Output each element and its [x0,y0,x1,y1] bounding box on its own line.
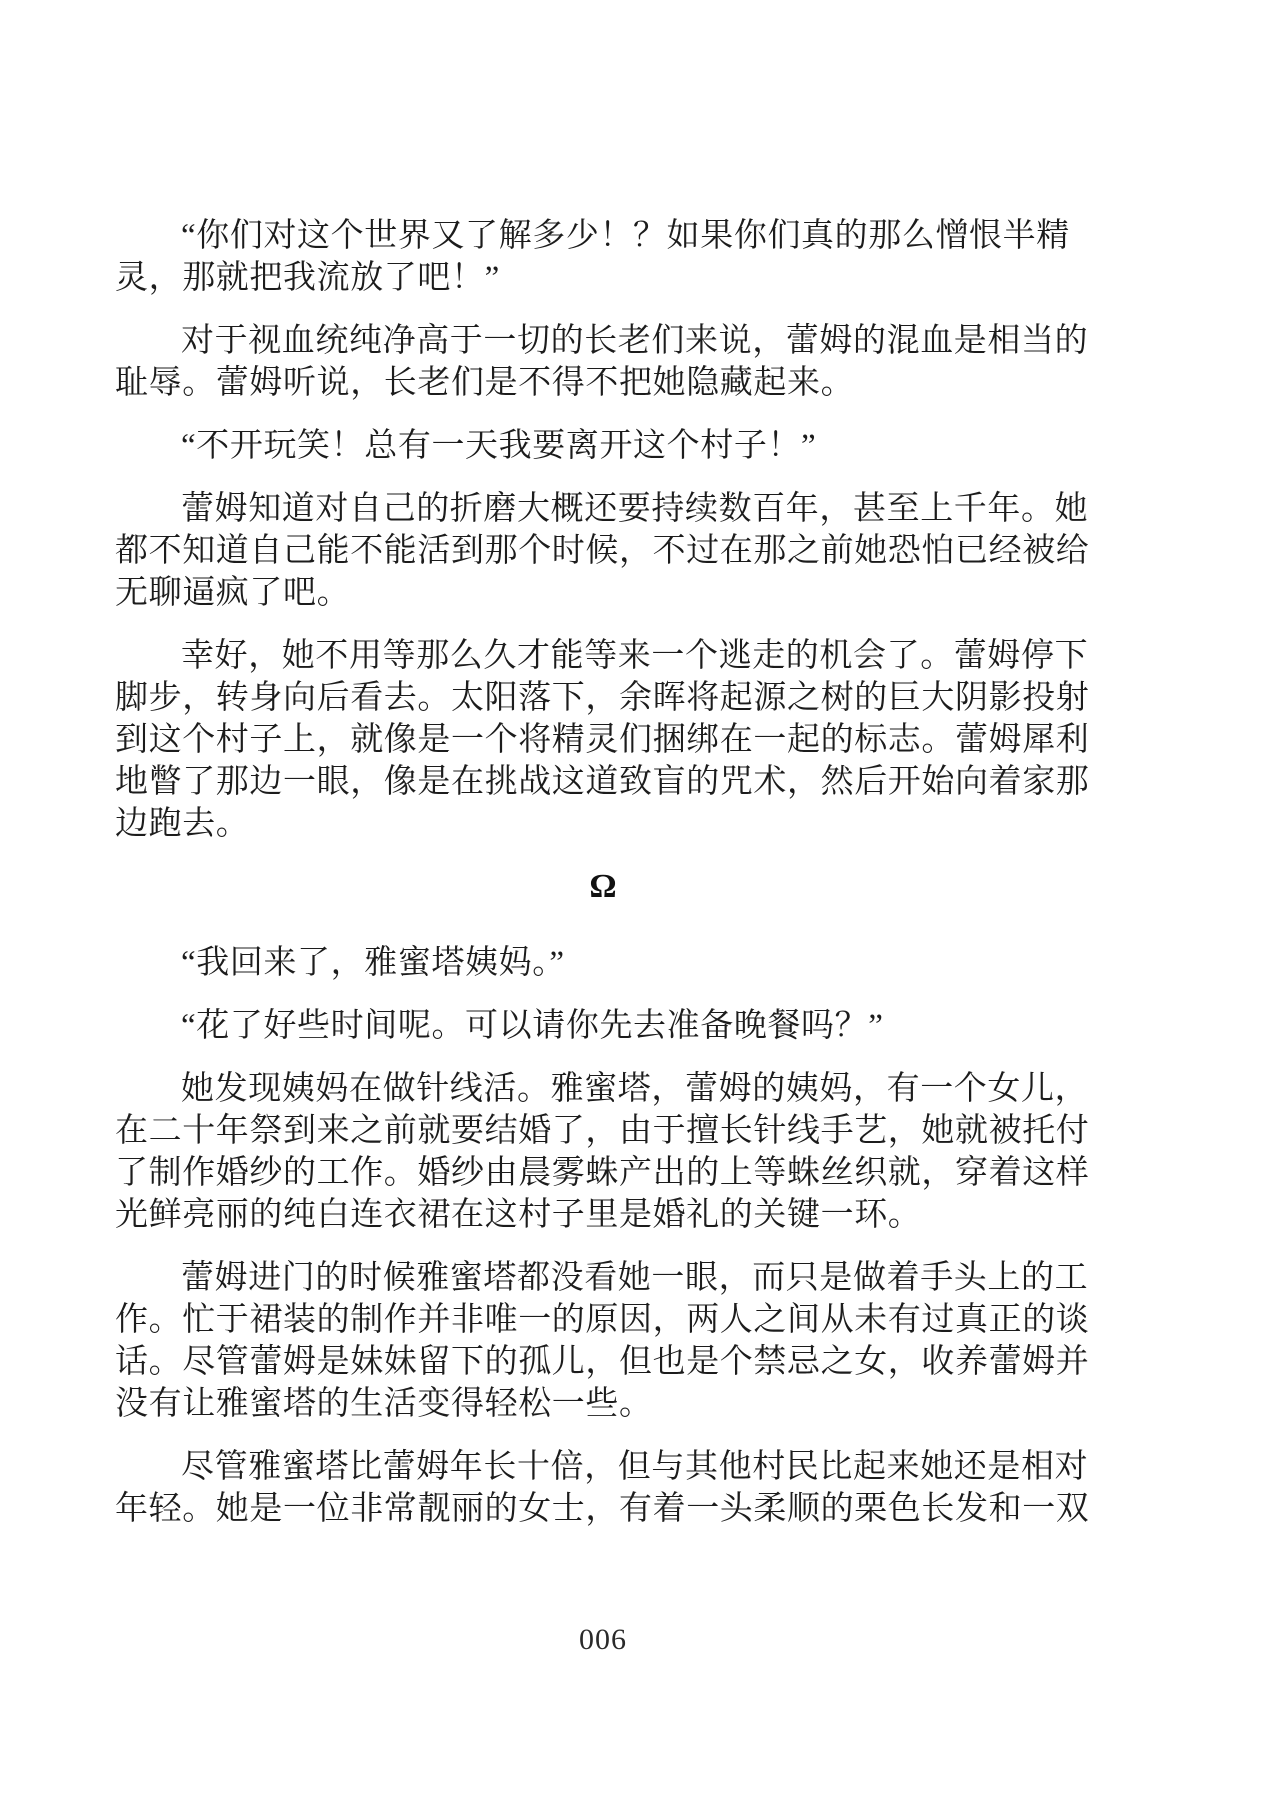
text-line: 都不知道自己能不能活到那个时候，不过在那之前她恐怕已经被给 [115,530,1091,572]
page-number: 006 [579,1623,627,1656]
text-line: 蕾姆知道对自己的折磨大概还要持续数百年，甚至上千年。她 [115,488,1091,530]
paragraph: “花了好些时间呢。可以请你先去准备晚餐吗？” [115,1005,1091,1047]
text-line: 光鲜亮丽的纯白连衣裙在这村子里是婚礼的关键一环。 [115,1194,1091,1236]
paragraph: “我回来了，雅蜜塔姨妈。” [115,942,1091,984]
text-line: 她发现姨妈在做针线活。雅蜜塔，蕾姆的姨妈，有一个女儿， [115,1068,1091,1110]
section-divider: Ω [115,866,1091,908]
paragraph: “不开玩笑！总有一天我要离开这个村子！” [115,425,1091,467]
paragraph: 幸好，她不用等那么久才能等来一个逃走的机会了。蕾姆停下脚步，转身向后看去。太阳落… [115,635,1091,845]
paragraph: 尽管雅蜜塔比蕾姆年长十倍，但与其他村民比起来她还是相对年轻。她是一位非常靓丽的女… [115,1446,1091,1530]
book-page: “你们对这个世界又了解多少！？如果你们真的那么憎恨半精灵，那就把我流放了吧！”对… [0,0,1280,1816]
text-line: 边跑去。 [115,803,1091,845]
text-line: 作。忙于裙装的制作并非唯一的原因，两人之间从未有过真正的谈 [115,1299,1091,1341]
text-line: 话。尽管蕾姆是妹妹留下的孤儿，但也是个禁忌之女，收养蕾姆并 [115,1341,1091,1383]
omega-symbol: Ω [589,868,616,905]
text-line: 蕾姆进门的时候雅蜜塔都没看她一眼，而只是做着手头上的工 [115,1257,1091,1299]
text-line: “我回来了，雅蜜塔姨妈。” [115,942,1091,984]
text-line: “不开玩笑！总有一天我要离开这个村子！” [115,425,1091,467]
text-line: 耻辱。蕾姆听说，长老们是不得不把她隐藏起来。 [115,362,1091,404]
text-line: 在二十年祭到来之前就要结婚了，由于擅长针线手艺，她就被托付 [115,1110,1091,1152]
paragraph: 蕾姆知道对自己的折磨大概还要持续数百年，甚至上千年。她都不知道自己能不能活到那个… [115,488,1091,614]
page-content: “你们对这个世界又了解多少！？如果你们真的那么憎恨半精灵，那就把我流放了吧！”对… [115,215,1091,1530]
text-line: 地瞥了那边一眼，像是在挑战这道致盲的咒术，然后开始向着家那 [115,761,1091,803]
text-line: 无聊逼疯了吧。 [115,572,1091,614]
page-footer: 006 [115,1620,1091,1660]
text-line: 没有让雅蜜塔的生活变得轻松一些。 [115,1383,1091,1425]
text-line: 年轻。她是一位非常靓丽的女士，有着一头柔顺的栗色长发和一双 [115,1488,1091,1530]
paragraph: 她发现姨妈在做针线活。雅蜜塔，蕾姆的姨妈，有一个女儿，在二十年祭到来之前就要结婚… [115,1068,1091,1236]
text-line: 幸好，她不用等那么久才能等来一个逃走的机会了。蕾姆停下 [115,635,1091,677]
text-line: 到这个村子上，就像是一个将精灵们捆绑在一起的标志。蕾姆犀利 [115,719,1091,761]
text-line: 灵，那就把我流放了吧！” [115,257,1091,299]
paragraph: 蕾姆进门的时候雅蜜塔都没看她一眼，而只是做着手头上的工作。忙于裙装的制作并非唯一… [115,1257,1091,1425]
text-line: “你们对这个世界又了解多少！？如果你们真的那么憎恨半精 [115,215,1091,257]
text-line: 尽管雅蜜塔比蕾姆年长十倍，但与其他村民比起来她还是相对 [115,1446,1091,1488]
text-line: 脚步，转身向后看去。太阳落下，余晖将起源之树的巨大阴影投射 [115,677,1091,719]
text-line: 对于视血统纯净高于一切的长老们来说，蕾姆的混血是相当的 [115,320,1091,362]
text-line: “花了好些时间呢。可以请你先去准备晚餐吗？” [115,1005,1091,1047]
paragraph: “你们对这个世界又了解多少！？如果你们真的那么憎恨半精灵，那就把我流放了吧！” [115,215,1091,299]
text-line: 了制作婚纱的工作。婚纱由晨雾蛛产出的上等蛛丝织就，穿着这样 [115,1152,1091,1194]
paragraph: 对于视血统纯净高于一切的长老们来说，蕾姆的混血是相当的耻辱。蕾姆听说，长老们是不… [115,320,1091,404]
